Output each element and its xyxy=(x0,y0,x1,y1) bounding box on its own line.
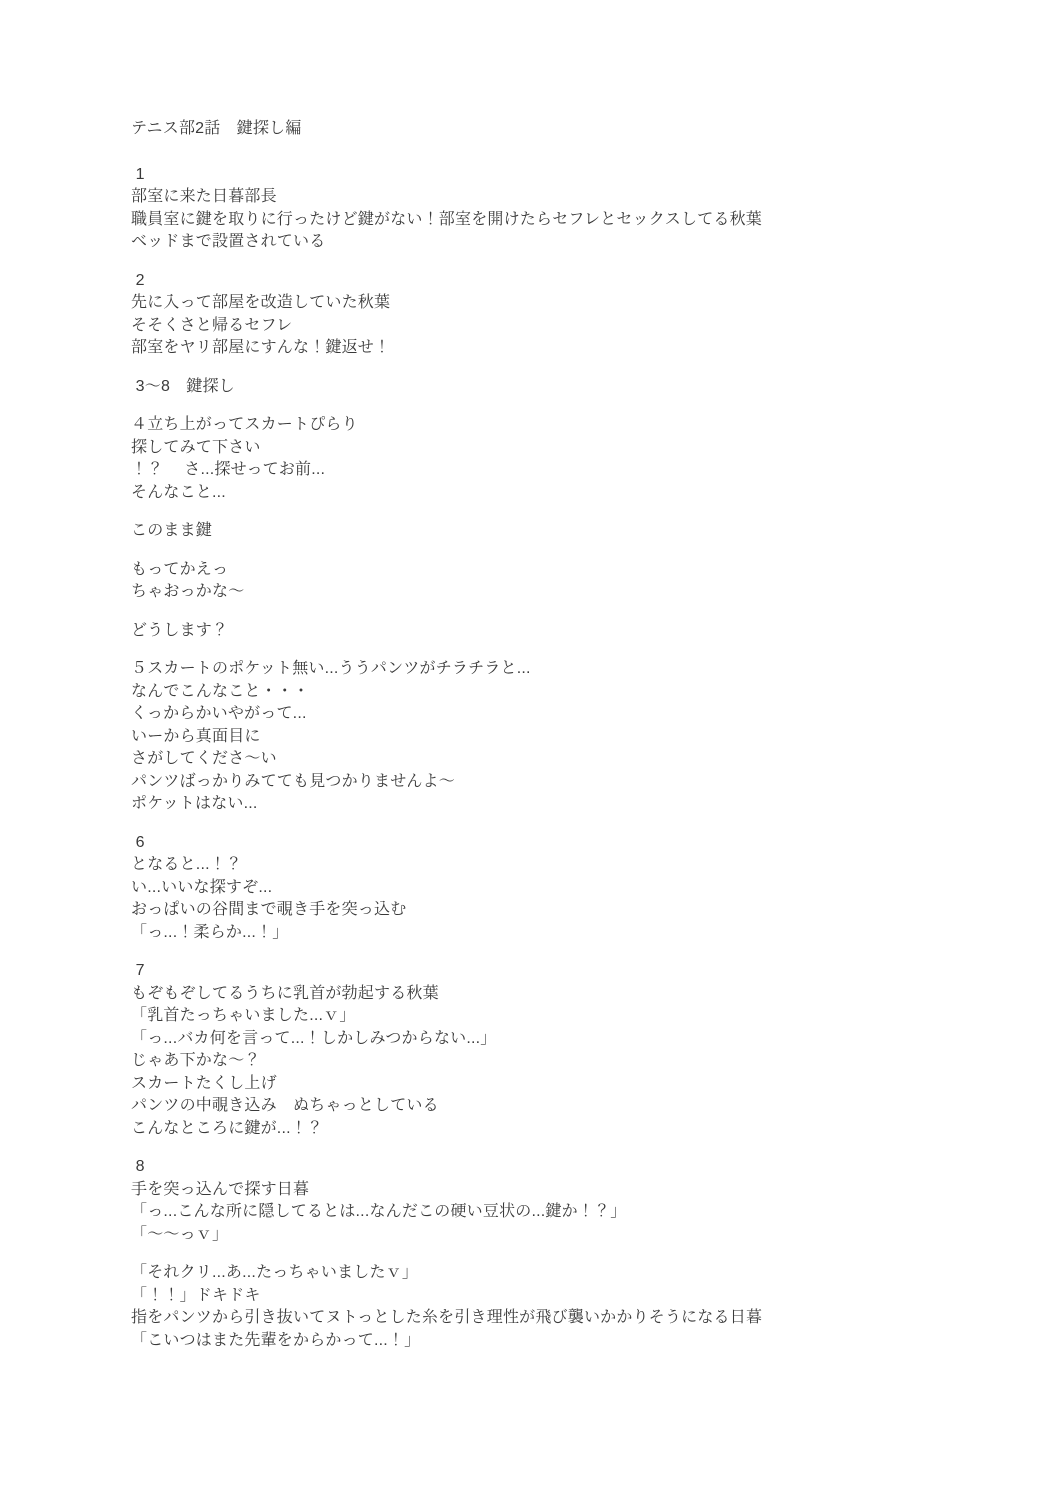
text-line: さがしてくださ～い xyxy=(131,748,991,771)
text-line: 「～～っｖ」 xyxy=(131,1224,991,1247)
text-line: もぞもぞしてるうちに乳首が勃起する秋葉 xyxy=(131,983,991,1006)
text-line: ５スカートのポケット無い...ううパンツがチラチラと... xyxy=(131,658,991,681)
text-line: 「こいつはまた先輩をからかって...！」 xyxy=(131,1330,991,1353)
section-heading: 3～8 鍵探し xyxy=(131,376,991,399)
scene-number: 8 xyxy=(131,1156,991,1179)
scene-7: 7 もぞもぞしてるうちに乳首が勃起する秋葉 「乳首たっちゃいました...ｖ」 「… xyxy=(131,960,991,1140)
scene-8-continued: 「それクリ...あ...たっちゃいましたｖ」 「！！」ドキドキ 指をパンツから引… xyxy=(131,1262,991,1352)
text-line: 「乳首たっちゃいました...ｖ」 xyxy=(131,1005,991,1028)
scene-6: 6 となると...！？ い...いいな探すぞ... おっぱいの谷間まで覗き手を突… xyxy=(131,832,991,945)
text-line: どうします？ xyxy=(131,620,991,643)
scene-number: 2 xyxy=(131,270,991,293)
page-title: テニス部2話 鍵探し編 xyxy=(131,118,991,141)
scene-4: ４立ち上がってスカートぴらり 探してみて下さい ！？ さ...探せってお前...… xyxy=(131,414,991,504)
scene-4-note-1: このまま鍵 xyxy=(131,520,991,543)
scene-number: 6 xyxy=(131,832,991,855)
scene-number: 7 xyxy=(131,960,991,983)
text-line: 手を突っ込んで探す日暮 xyxy=(131,1179,991,1202)
text-line: もってかえっ xyxy=(131,559,991,582)
text-line: ４立ち上がってスカートぴらり xyxy=(131,414,991,437)
text-line: 指をパンツから引き抜いてヌトっとした糸を引き理性が飛び襲いかかりそうになる日暮 xyxy=(131,1307,991,1330)
text-line: 「っ...バカ何を言って...！しかしみつからない...」 xyxy=(131,1028,991,1051)
text-line: おっぱいの谷間まで覗き手を突っ込む xyxy=(131,899,991,922)
scenes-3-8-heading: 3～8 鍵探し xyxy=(131,376,991,399)
text-line: 「っ...！柔らか...！」 xyxy=(131,922,991,945)
scene-number: 1 xyxy=(131,164,991,187)
text-line: となると...！？ xyxy=(131,854,991,877)
scene-4-note-3: どうします？ xyxy=(131,620,991,643)
scene-2: 2 先に入って部屋を改造していた秋葉 そそくさと帰るセフレ 部室をヤリ部屋にすん… xyxy=(131,270,991,360)
scene-1: 1 部室に来た日暮部長 職員室に鍵を取りに行ったけど鍵がない！部室を開けたらセフ… xyxy=(131,164,991,254)
text-line: い...いいな探すぞ... xyxy=(131,877,991,900)
text-line: 「っ...こんな所に隠してるとは...なんだこの硬い豆状の...鍵か！？」 xyxy=(131,1201,991,1224)
text-line: そんなこと... xyxy=(131,482,991,505)
text-line: こんなところに鍵が...！？ xyxy=(131,1118,991,1141)
text-line: このまま鍵 xyxy=(131,520,991,543)
text-line: ベッドまで設置されている xyxy=(131,231,991,254)
document-page: テニス部2話 鍵探し編 1 部室に来た日暮部長 職員室に鍵を取りに行ったけど鍵が… xyxy=(0,0,1057,1500)
scene-5: ５スカートのポケット無い...ううパンツがチラチラと... なんでこんなこと・・… xyxy=(131,658,991,816)
text-line: ！？ さ...探せってお前... xyxy=(131,459,991,482)
scene-8: 8 手を突っ込んで探す日暮 「っ...こんな所に隠してるとは...なんだこの硬い… xyxy=(131,1156,991,1246)
text-line: ちゃおっかな～ xyxy=(131,581,991,604)
text-line: 先に入って部屋を改造していた秋葉 xyxy=(131,292,991,315)
text-line: 探してみて下さい xyxy=(131,437,991,460)
text-line: パンツの中覗き込み ぬちゃっとしている xyxy=(131,1095,991,1118)
text-line: じゃあ下かな～？ xyxy=(131,1050,991,1073)
text-line: 部室に来た日暮部長 xyxy=(131,186,991,209)
document-title-block: テニス部2話 鍵探し編 xyxy=(131,118,991,141)
text-line: 「それクリ...あ...たっちゃいましたｖ」 xyxy=(131,1262,991,1285)
text-line: いーから真面目に xyxy=(131,726,991,749)
scene-4-note-2: もってかえっ ちゃおっかな～ xyxy=(131,559,991,604)
text-line: 部室をヤリ部屋にすんな！鍵返せ！ xyxy=(131,337,991,360)
document-body: テニス部2話 鍵探し編 1 部室に来た日暮部長 職員室に鍵を取りに行ったけど鍵が… xyxy=(131,118,991,1368)
text-line: くっからかいやがって... xyxy=(131,703,991,726)
text-line: 「！！」ドキドキ xyxy=(131,1285,991,1308)
text-line: パンツばっかりみてても見つかりませんよ～ xyxy=(131,771,991,794)
text-line: ポケットはない... xyxy=(131,793,991,816)
text-line: そそくさと帰るセフレ xyxy=(131,315,991,338)
text-line: なんでこんなこと・・・ xyxy=(131,681,991,704)
text-line: スカートたくし上げ xyxy=(131,1073,991,1096)
text-line: 職員室に鍵を取りに行ったけど鍵がない！部室を開けたらセフレとセックスしてる秋葉 xyxy=(131,209,991,232)
